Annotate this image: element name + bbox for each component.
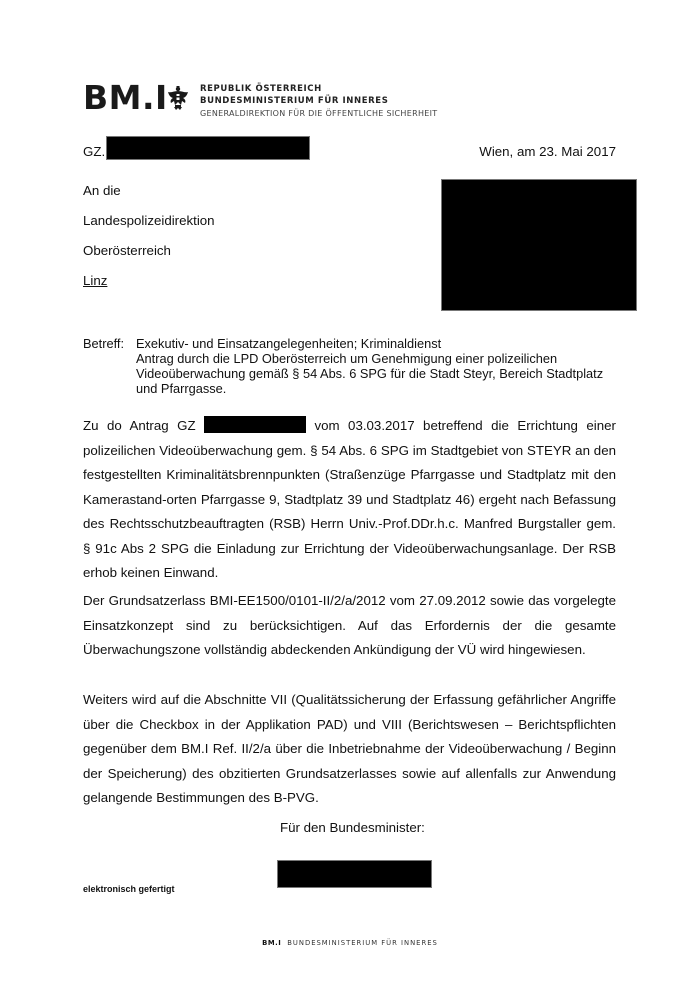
electronic-signature-note: elektronisch gefertigt [83,884,175,894]
austrian-eagle-icon [167,85,189,111]
header-line-republik: REPUBLIK ÖSTERREICH [200,84,322,95]
place-date: Wien, am 23. Mai 2017 [479,144,616,160]
recipient-line-3: Oberösterreich [83,243,171,259]
body-paragraph-1: Zu do Antrag GZ vom 03.03.2017 betreffen… [83,414,616,586]
footer: BM.IBUNDESMINISTERIUM FÜR INNERES [0,939,700,947]
redacted-gz-number [106,136,310,160]
gz-label: GZ.: [83,144,109,160]
subject-label: Betreff: [83,336,124,351]
recipient-line-2: Landespolizeidirektion [83,213,215,229]
subject-line: Videoüberwachung gemäß § 54 Abs. 6 SPG f… [136,366,626,381]
body-paragraph-2: Der Grundsatzerlass BMI-EE1500/0101-II/2… [83,589,616,663]
subject-text: Exekutiv- und Einsatzangelegenheiten; Kr… [136,336,626,396]
subject-line: Antrag durch die LPD Oberösterreich um G… [136,351,626,366]
redacted-contact-block [441,179,637,311]
paragraph-1-rest: vom 03.03.2017 betreffend die Errichtung… [83,418,616,580]
bmi-logo: BM.I [83,80,168,116]
recipient-city: Linz [83,273,107,289]
redacted-application-gz [204,416,306,433]
redacted-signature [277,860,432,888]
body-paragraph-3: Weiters wird auf die Abschnitte VII (Qua… [83,688,616,811]
footer-logo: BM.I [262,939,281,947]
closing-formula: Für den Bundesminister: [280,820,425,836]
subject-line: und Pfarrgasse. [136,381,626,396]
header-line-ministry: BUNDESMINISTERIUM FÜR INNERES [200,96,388,107]
footer-text: BUNDESMINISTERIUM FÜR INNERES [287,939,438,947]
paragraph-1-start: Zu do Antrag GZ [83,418,196,433]
header-line-directorate: GENERALDIREKTION FÜR DIE ÖFFENTLICHE SIC… [200,108,437,119]
recipient-line-1: An die [83,183,121,199]
subject-line: Exekutiv- und Einsatzangelegenheiten; Kr… [136,336,626,351]
